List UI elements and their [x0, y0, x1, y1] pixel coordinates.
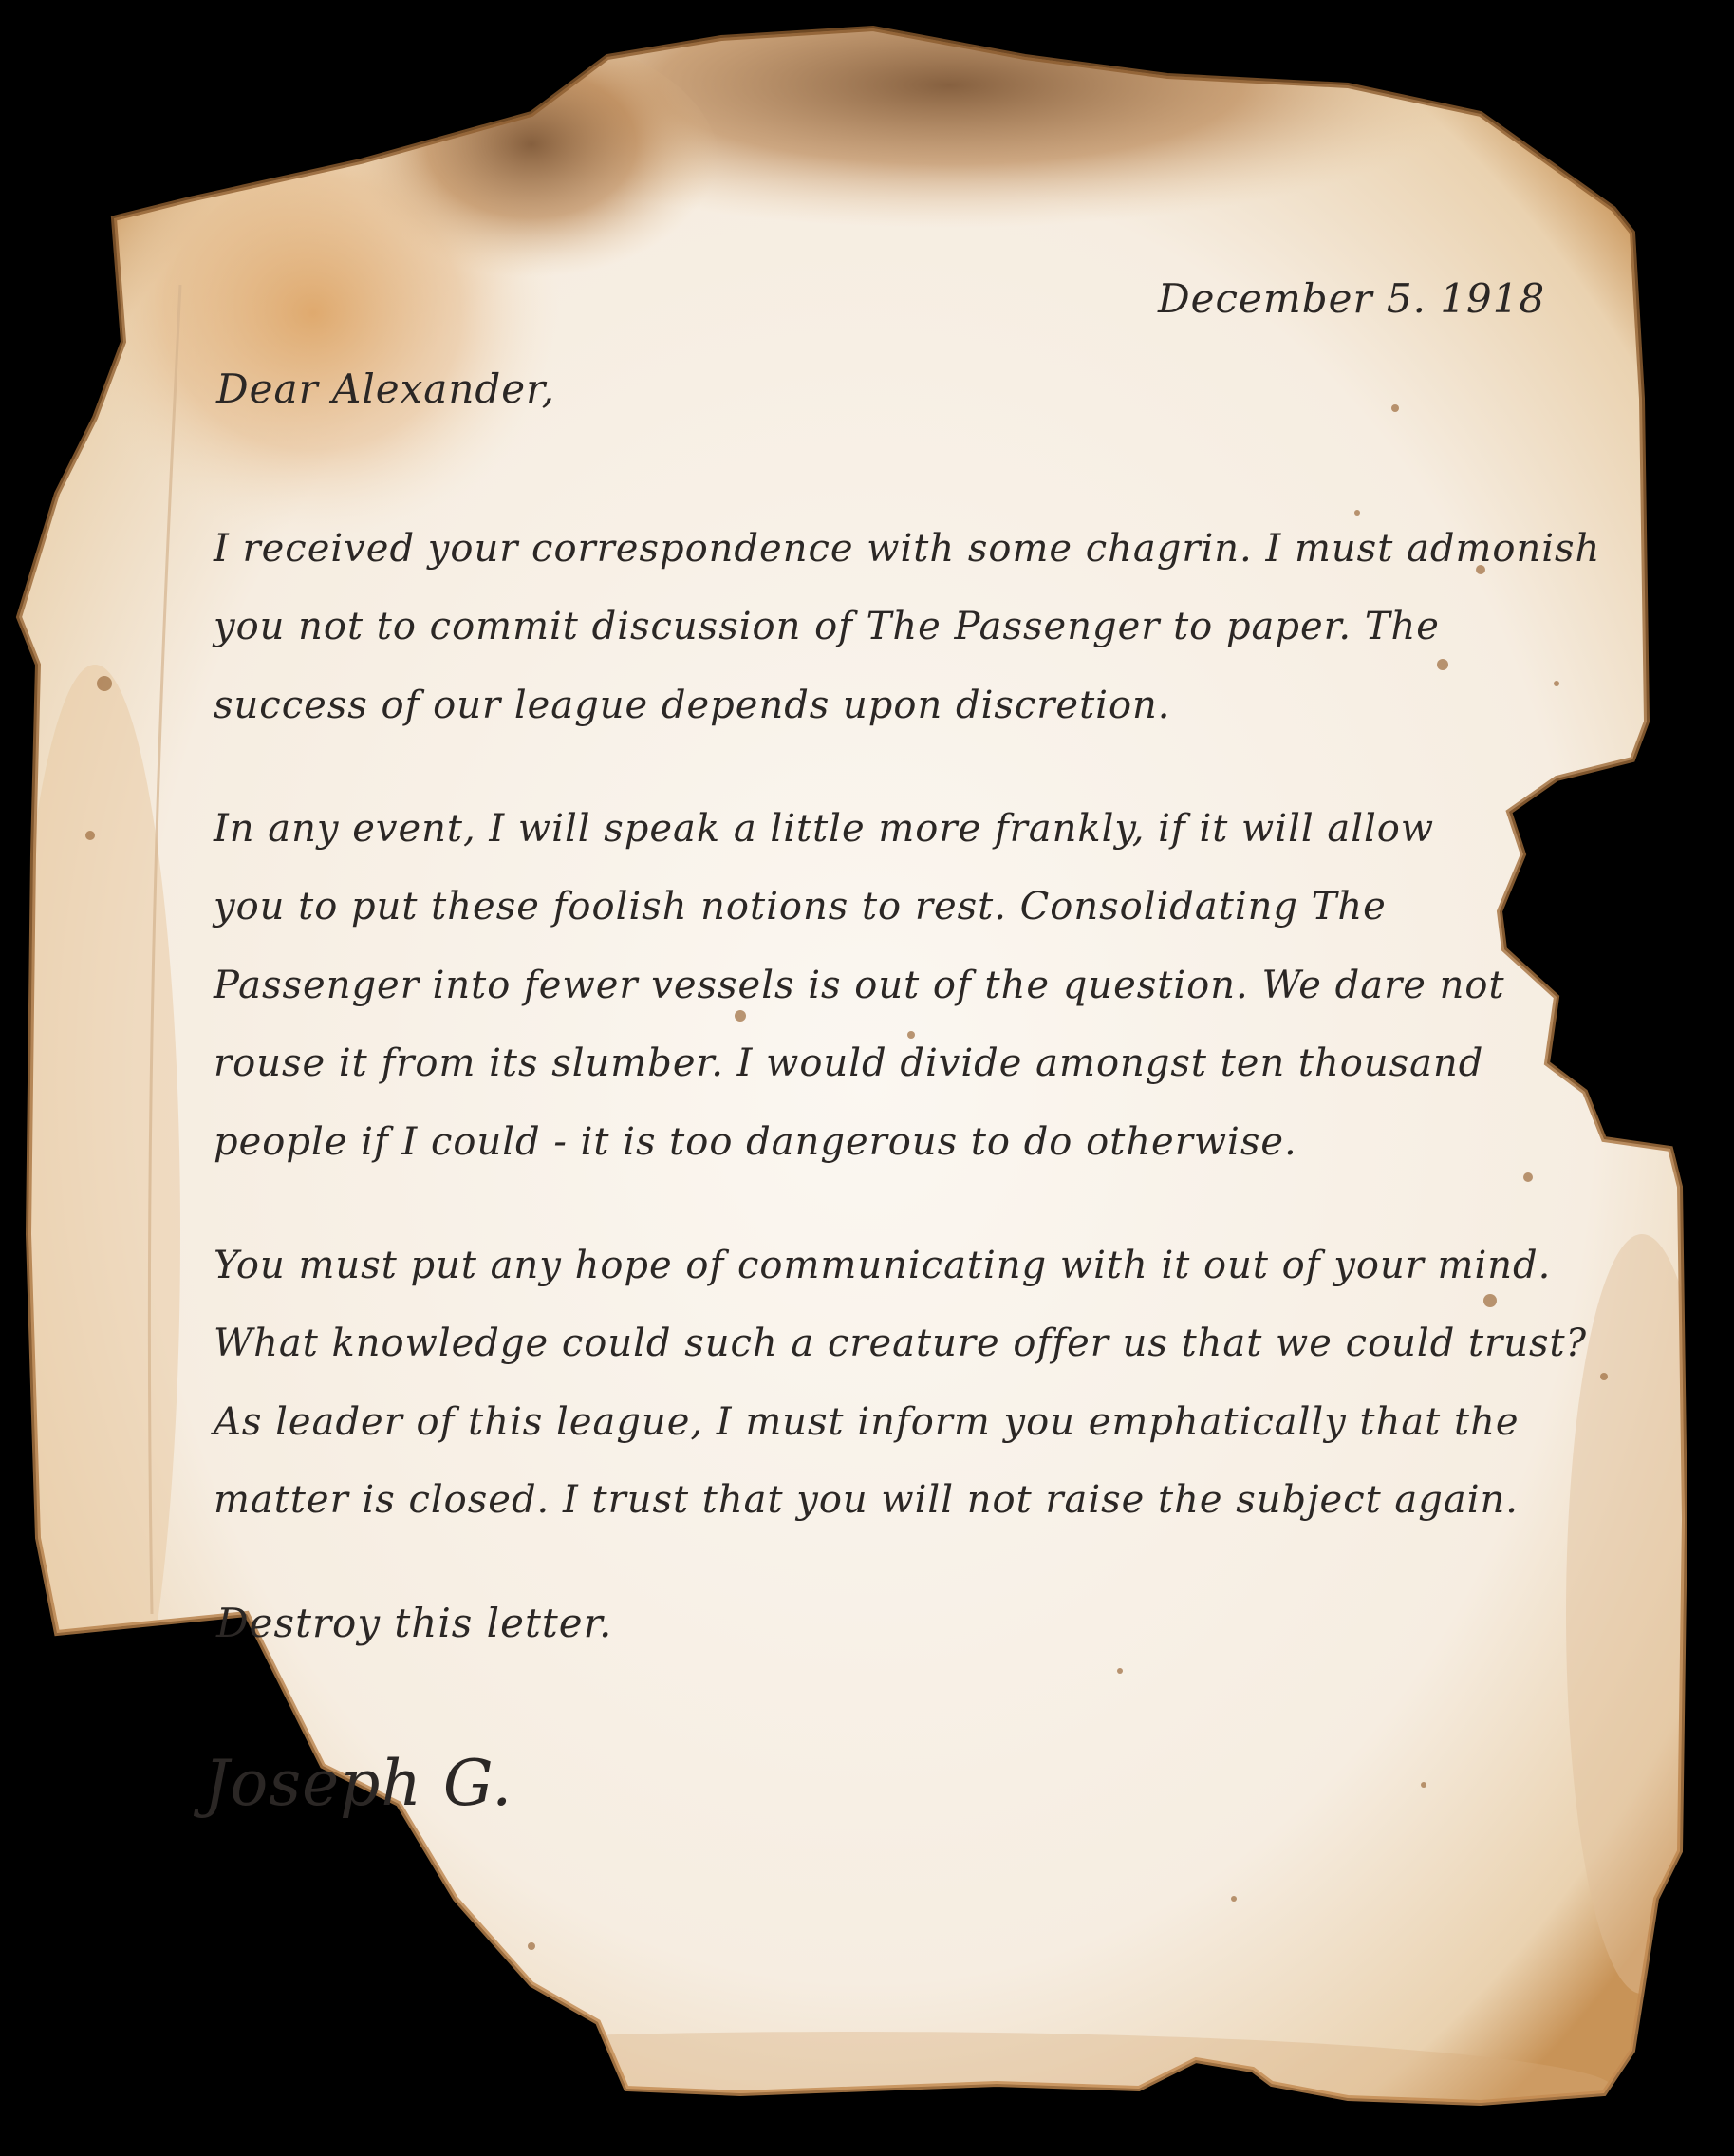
letter: December 5. 1918 Dear Alexander, I recei… [0, 0, 1734, 2156]
paragraph-3-line-4: matter is closed. I trust that you will … [214, 1478, 1519, 1522]
letter-date: December 5. 1918 [1158, 275, 1545, 322]
paragraph-1-line-2: you not to commit discussion of The Pass… [214, 605, 1440, 648]
letter-salutation: Dear Alexander, [216, 366, 555, 412]
burnt-letter-page: December 5. 1918 Dear Alexander, I recei… [0, 0, 1734, 2156]
paragraph-3-line-3: As leader of this league, I must inform … [214, 1400, 1520, 1444]
paragraph-2-line-1: In any event, I will speak a little more… [214, 807, 1434, 851]
paragraph-1-line-1: I received your correspondence with some… [214, 527, 1600, 571]
paragraph-2-line-5: people if I could - it is too dangerous … [214, 1120, 1297, 1164]
letter-signature: Joseph G. [204, 1747, 513, 1820]
paragraph-2-line-4: rouse it from its slumber. I would divid… [214, 1041, 1483, 1085]
paragraph-1-line-3: success of our league depends upon discr… [214, 684, 1171, 727]
letter-closing: Destroy this letter. [216, 1600, 612, 1646]
paragraph-3-line-1: You must put any hope of communicating w… [214, 1244, 1551, 1287]
paragraph-2-line-2: you to put these foolish notions to rest… [214, 885, 1387, 928]
paragraph-3-line-2: What knowledge could such a creature off… [214, 1322, 1587, 1365]
paragraph-2-line-3: Passenger into fewer vessels is out of t… [214, 964, 1505, 1007]
